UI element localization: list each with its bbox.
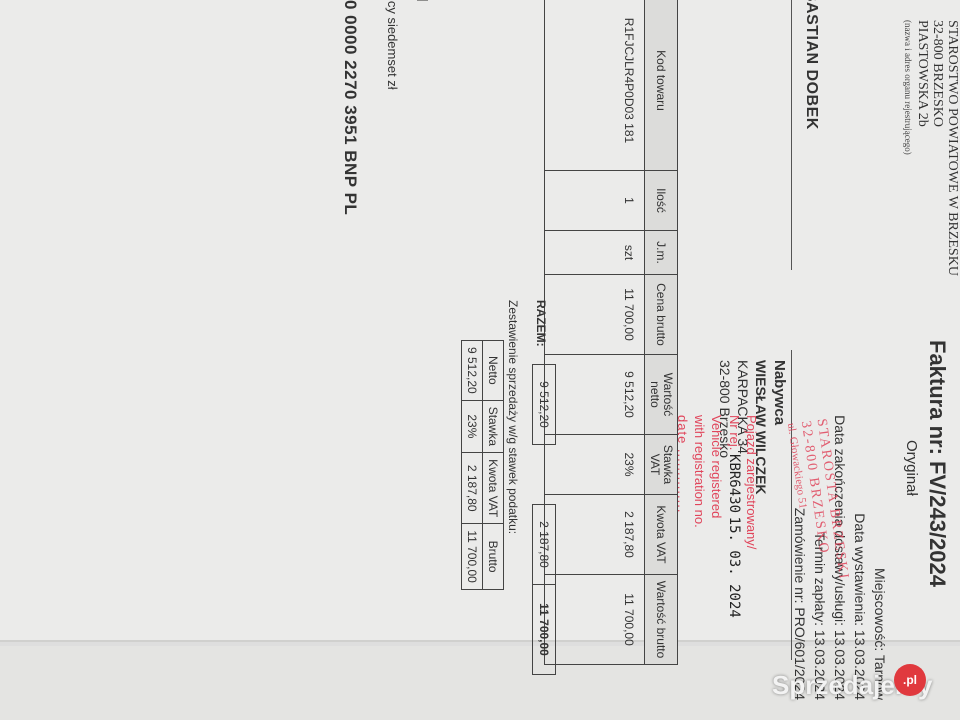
currency-label: N — [412, 0, 430, 2]
cell-ilosc: 1 — [545, 171, 645, 231]
cell-jm: szt — [545, 231, 645, 275]
total-vat: 2 187,80 — [533, 505, 556, 585]
invoice-page: STAROSTWO POWIATOWE W BRZESKU 32-800 BRZ… — [0, 0, 960, 720]
invoice-title: Faktura nr: FV/243/2024 — [924, 340, 950, 587]
col-cena-brutto: Cena brutto — [645, 275, 678, 355]
items-header-row: Kod towaru Ilość J.m. Cena brutto Wartoś… — [645, 0, 678, 665]
total-netto: 9 512,20 — [533, 365, 556, 445]
items-table: Kod towaru Ilość J.m. Cena brutto Wartoś… — [544, 0, 678, 665]
col-wartosc-brutto: Wartość brutto — [645, 575, 678, 665]
seller-divider — [791, 0, 792, 270]
vat-col-stawka: Stawka — [483, 400, 504, 452]
reg-line-1: Pojazd zarejestrowany/ — [743, 415, 760, 618]
table-row: 9 512,20 23% 2 187,80 11 700,00 — [462, 341, 483, 590]
col-wartosc-netto: Wartość netto — [645, 355, 678, 435]
handwritten-plate: KBR6430 — [726, 454, 742, 513]
issuer-line-1: STAROSTWO POWIATOWE W BRZESKU — [945, 20, 960, 276]
vat-col-netto: Netto — [483, 341, 504, 401]
col-ilosc: Ilość — [645, 171, 678, 231]
place: Miejscowość: Tarnów — [870, 260, 890, 700]
cell-stawka-vat: 23% — [545, 435, 645, 495]
vat-summary-table: Netto Stawka Kwota VAT Brutto 9 512,20 2… — [461, 340, 504, 590]
issue-date: Data wystawienia: 13.03.2024 — [850, 260, 870, 700]
copy-label: Oryginał — [903, 440, 920, 496]
vat-summary-header: Netto Stawka Kwota VAT Brutto — [483, 341, 504, 590]
vat-cell-kwota: 2 187,80 — [462, 453, 483, 524]
vat-cell-brutto: 11 700,00 — [462, 524, 483, 590]
vat-cell-netto: 9 512,20 — [462, 341, 483, 401]
amount-in-words: ...cy siedemset zł — [385, 0, 400, 90]
totals-table: 9 512,20 2 187,80 11 700,00 — [532, 364, 556, 675]
bank-account: 00 0000 2270 3951 BNP PL — [340, 0, 360, 215]
total-spacer — [533, 445, 556, 505]
vat-col-brutto: Brutto — [483, 524, 504, 590]
vat-col-kwota: Kwota VAT — [483, 453, 504, 524]
table-row: R1FJCJLR4P0D03 181 1 szt 11 700,00 9 512… — [545, 0, 645, 665]
registration-stamp: Pojazd zarejestrowany/ Nr rej. KBR6430 1… — [674, 415, 760, 618]
issuer-block: STAROSTWO POWIATOWE W BRZESKU 32-800 BRZ… — [900, 20, 960, 276]
seller-name: BASTIAN DOBEK — [802, 0, 820, 130]
issuer-line-2: 32-800 BRZESKO — [930, 20, 945, 276]
col-kod: Kod towaru — [645, 0, 678, 171]
totals-label: RAZEM: — [534, 300, 548, 347]
reg-line-3: Vehicle registered — [708, 415, 725, 618]
vat-summary-title: Zestawienie sprzedaży w/g stawek podatku… — [506, 300, 520, 534]
col-stawka-vat: Stawka VAT — [645, 435, 678, 495]
watermark-tld-badge: .pl — [894, 664, 926, 696]
total-brutto: 11 700,00 — [533, 585, 556, 675]
vat-cell-stawka: 23% — [462, 400, 483, 452]
issuer-line-3: PIASTOWSKA 2b — [915, 20, 930, 276]
issuer-caption: (nazwa i adres organu rejestrującego) — [900, 20, 915, 276]
col-jm: J.m. — [645, 231, 678, 275]
cell-cena-brutto: 11 700,00 — [545, 275, 645, 355]
handwritten-date: 15. 03. 2024 — [726, 517, 742, 618]
col-kwota-vat: Kwota VAT — [645, 495, 678, 575]
cell-wartosc-netto: 9 512,20 — [545, 355, 645, 435]
buyer-divider — [791, 350, 792, 660]
cell-kwota-vat: 2 187,80 — [545, 495, 645, 575]
cell-wartosc-brutto: 11 700,00 — [545, 575, 645, 665]
reg-line-2: Nr rej. KBR6430 15. 03. 2024 — [725, 415, 743, 618]
reg-nr-label: Nr rej. — [727, 415, 742, 450]
reg-line-4: with registration no. — [691, 415, 708, 618]
cell-kod: R1FJCJLR4P0D03 181 — [545, 0, 645, 171]
